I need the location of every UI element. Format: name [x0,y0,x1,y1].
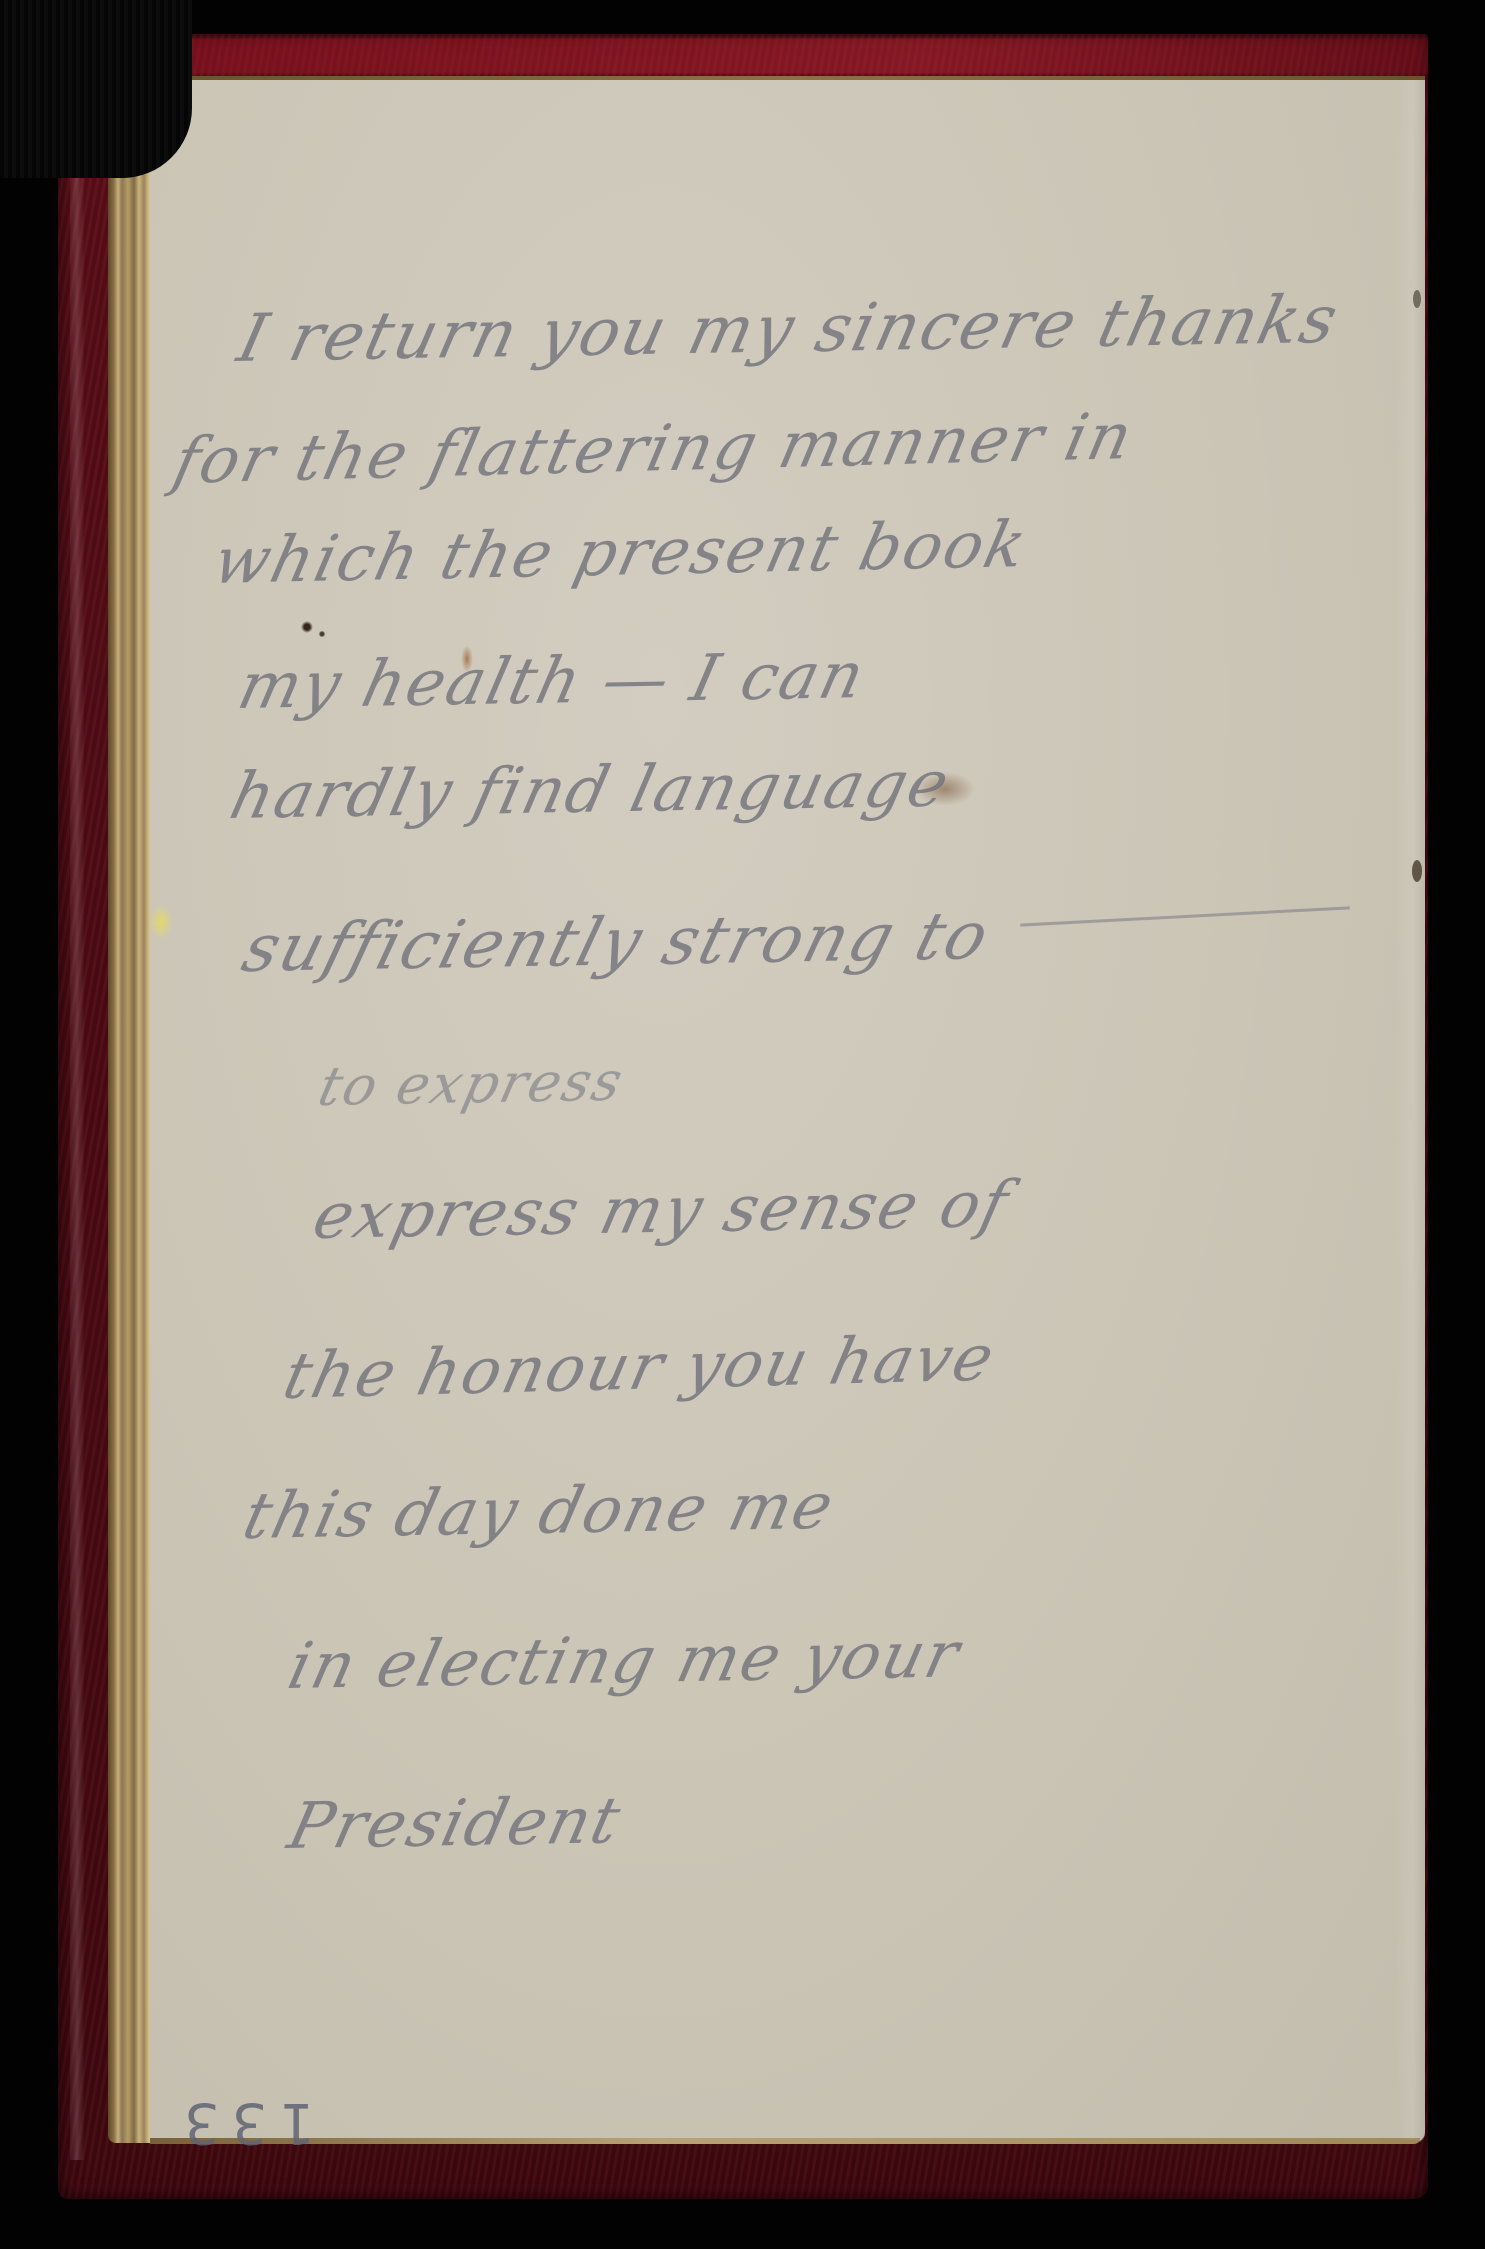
handwritten-line: President [281,1784,628,1864]
handwritten-line: this day done me [236,1470,841,1554]
yellow-mark [150,905,172,939]
page-number: 133 [172,2090,315,2155]
handwritten-line: sufficiently strong to [235,897,999,987]
black-cloth-weight [0,0,192,178]
cover-left-edge [70,170,84,2160]
page-right-edge [1395,80,1425,2140]
handwritten-line: hardly find language [223,748,957,834]
edge-mark [1412,860,1422,882]
handwritten-line-faint: to express [313,1050,630,1118]
handwritten-line: my health — I can [231,639,872,724]
cover-top-edge [150,38,1428,74]
ink-speck [300,620,314,634]
edge-mark [1413,290,1421,308]
page-top-edge [150,76,1425,80]
ink-speck [318,630,326,638]
page-bottom-edge [150,2138,1420,2144]
gilded-page-edges [108,165,153,2143]
handwritten-line: in electing me your [281,1618,967,1704]
photo-background: I return you my sincere thanks for the f… [0,0,1485,2249]
handwritten-line: express my sense of [306,1168,1016,1254]
